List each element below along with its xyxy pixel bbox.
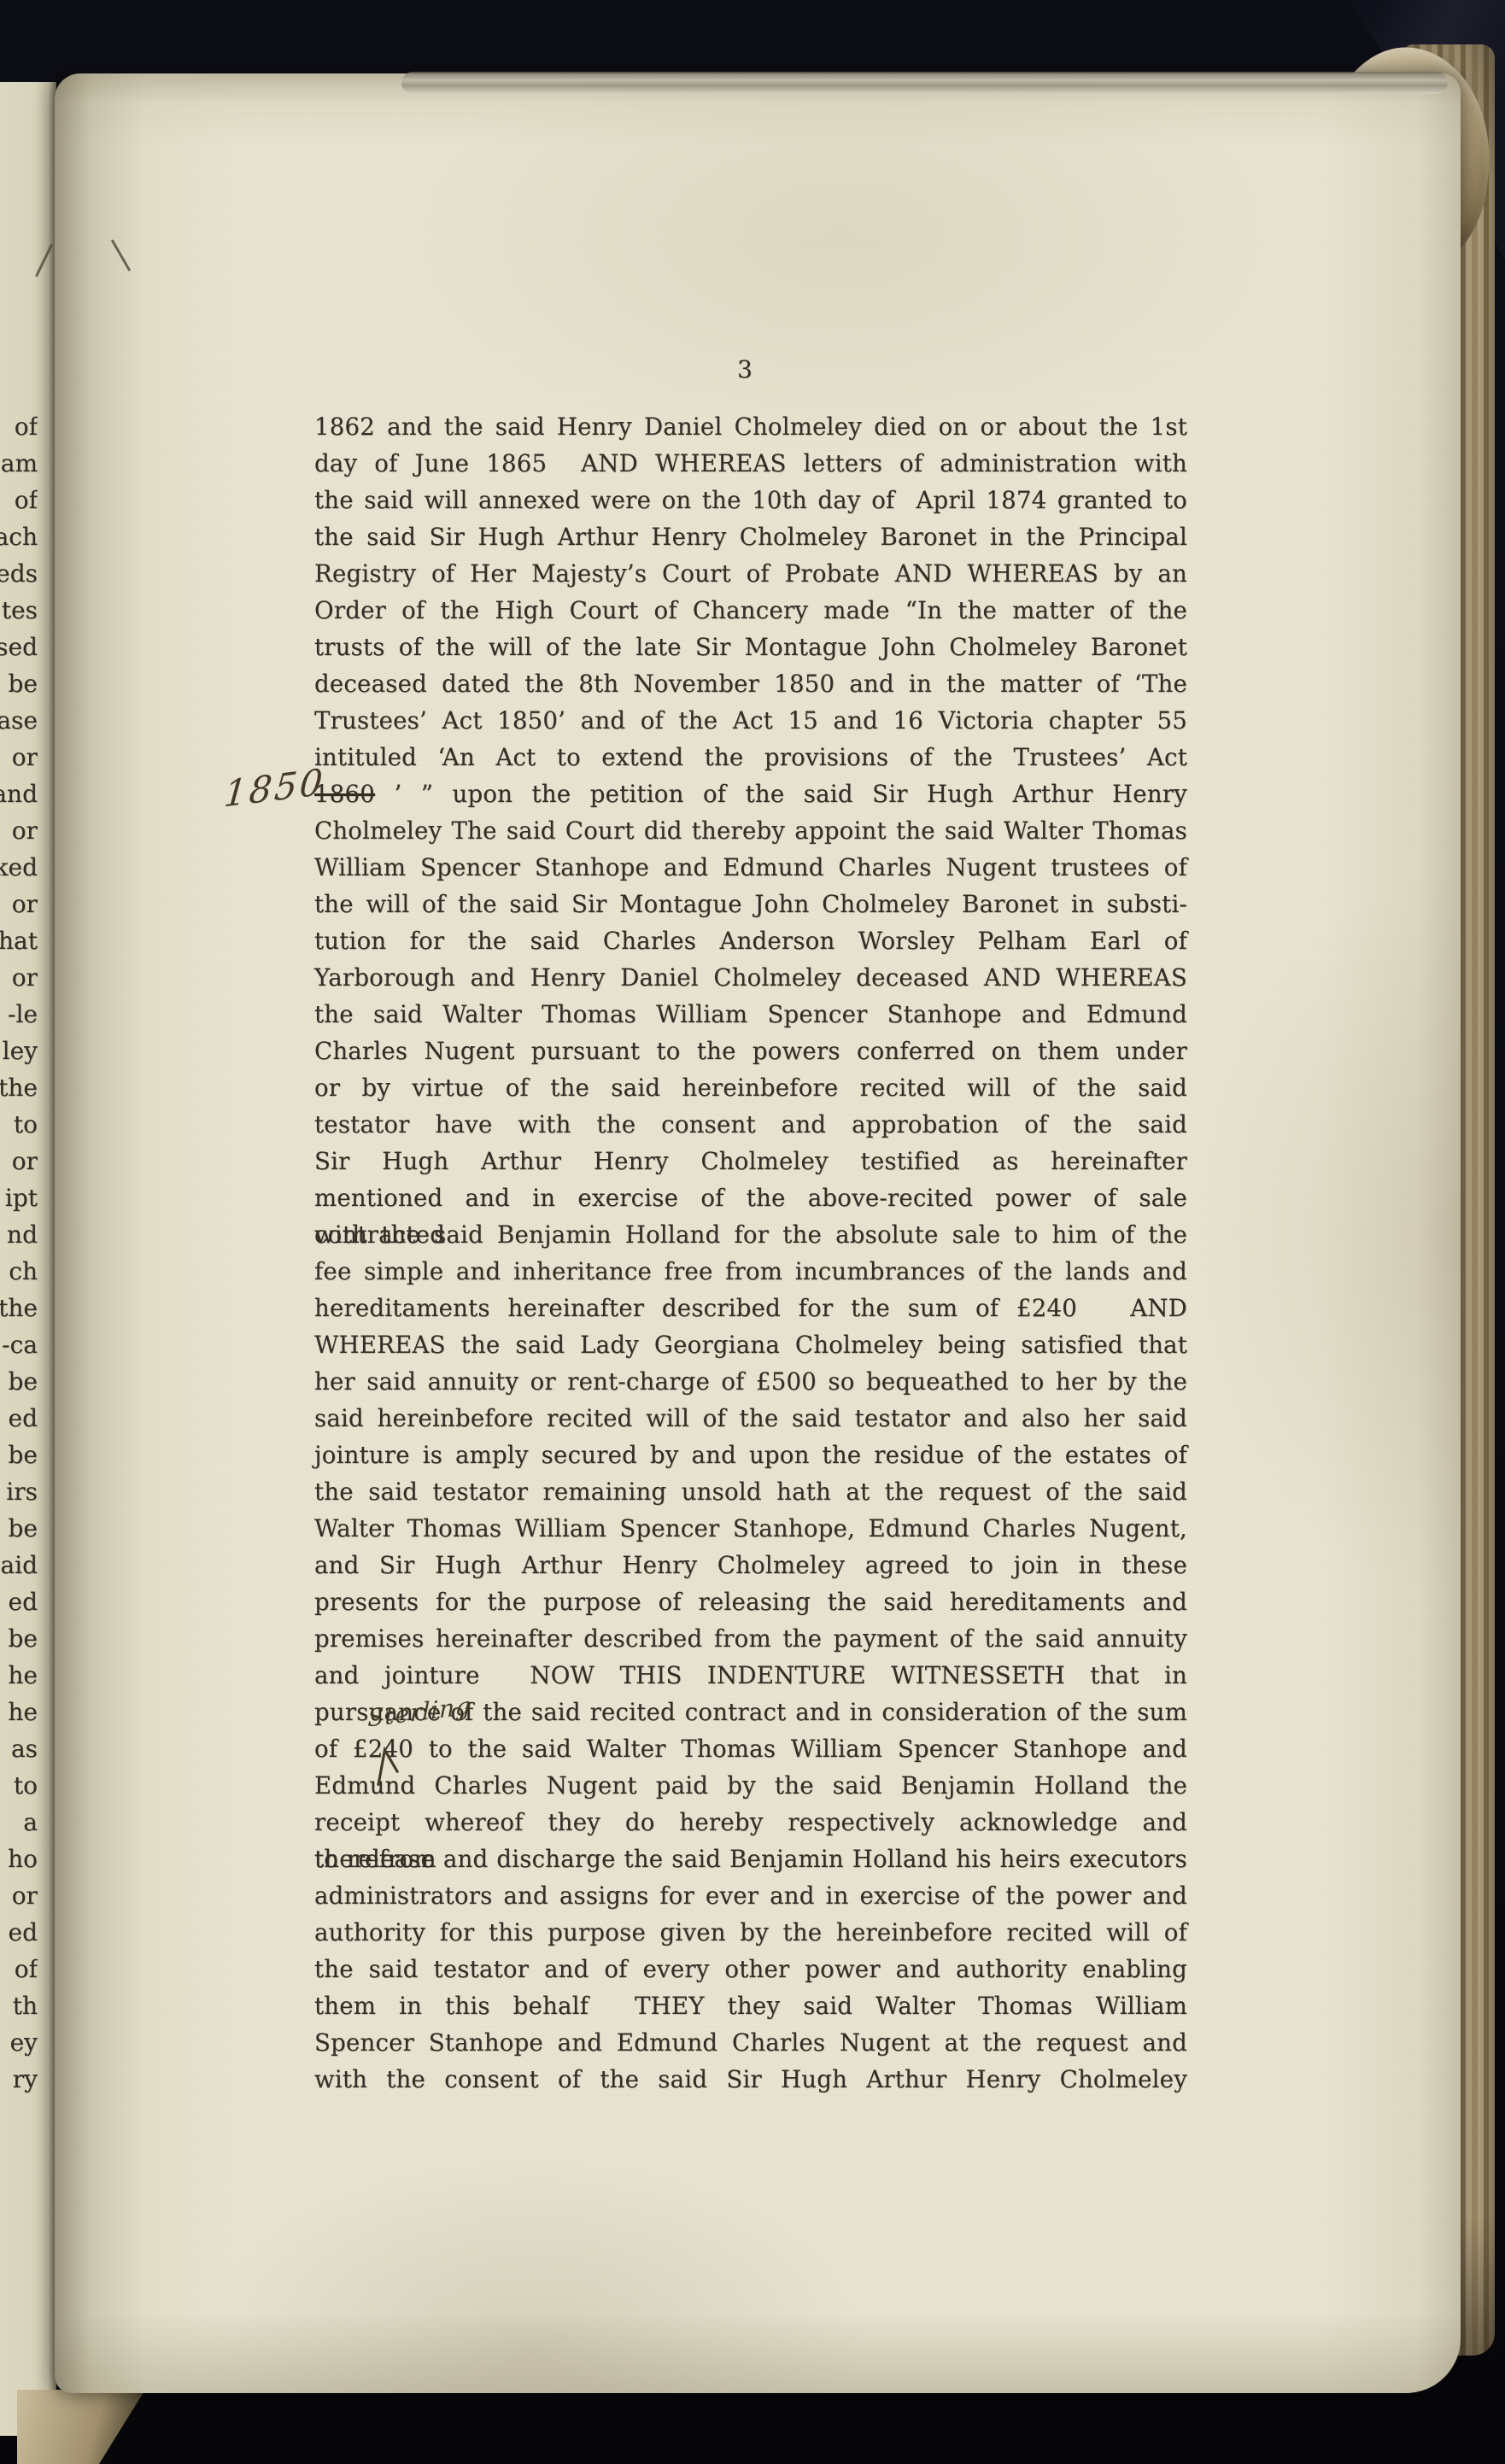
margin-fragment: of [0,1951,38,1987]
insertion-caret-mark [370,1744,402,1787]
margin-fragment: am [0,445,38,482]
text-segment: the said Sir Hugh Arthur Henry Cholmeley… [314,523,1187,551]
margin-fragment: be [0,665,38,702]
text-segment: the will of the said Sir Montague John C… [314,890,1187,918]
margin-fragment: be [0,1510,38,1547]
page-top-rolled-edge [401,72,1448,94]
text-segment: Yarborough and Henry Daniel Cholmeley de… [314,963,1187,992]
text-segment: Edmund Charles Nugent paid by the said B… [314,1771,1187,1800]
margin-fragment: or [0,1143,38,1179]
text-line: Spencer Stanhope and Edmund Charles Nuge… [314,2024,1187,2061]
text-segment: Spencer Stanhope and Edmund Charles Nuge… [314,2028,1187,2057]
text-line: with the consent of the said Sir Hugh Ar… [314,2061,1187,2098]
text-line: to release and discharge the said Benjam… [314,1841,1187,1877]
text-segment: them in this behalf THEY they said Walte… [314,1992,1187,2020]
text-line: Trustees’ Act 1850’ and of the Act 15 an… [314,702,1187,739]
text-segment: intituled ‘An Act to extend the provisio… [314,743,1187,771]
text-segment: to release and discharge the said Benjam… [314,1845,1187,1873]
text-segment: and jointure NOW THIS INDENTURE WITNESSE… [314,1661,1187,1689]
text-segment: the said testator and of every other pow… [314,1955,1187,1983]
text-segment: Sir Hugh Arthur Henry Cholmeley testifie… [314,1147,1187,1175]
text-segment: Registry of Her Majesty’s Court of Proba… [314,559,1187,588]
margin-fragment: or [0,886,38,922]
margin-fragment: he [0,1694,38,1730]
text-segment: of £240 to the said Walter Thomas Willia… [314,1735,1187,1763]
text-line: said hereinbefore recited will of the sa… [314,1400,1187,1437]
text-segment: the said will annexed were on the 10th d… [314,486,1187,514]
text-segment: Walter Thomas William Spencer Stanhope, … [314,1514,1187,1542]
text-line: Order of the High Court of Chancery made… [314,592,1187,629]
text-line: 1860 ’ ” upon the petition of the said S… [314,775,1187,812]
margin-fragment: ch [0,1253,38,1290]
text-line: Charles Nugent pursuant to the powers co… [314,1033,1187,1069]
text-line: the said Walter Thomas William Spencer S… [314,996,1187,1033]
margin-fragment: ed [0,1914,38,1951]
text-line: or by virtue of the said hereinbefore re… [314,1069,1187,1106]
text-line: administrators and assigns for ever and … [314,1877,1187,1914]
text-line: Yarborough and Henry Daniel Cholmeley de… [314,959,1187,996]
text-line: presents for the purpose of releasing th… [314,1583,1187,1620]
margin-fragment: sed [0,629,38,665]
text-segment: William Spencer Stanhope and Edmund Char… [314,853,1187,881]
text-segment: administrators and assigns for ever and … [314,1882,1187,1910]
text-line: fee simple and inheritance free from inc… [314,1253,1187,1290]
text-line: intituled ‘An Act to extend the provisio… [314,739,1187,775]
margin-fragment: or [0,1877,38,1914]
text-line: and Sir Hugh Arthur Henry Cholmeley agre… [314,1547,1187,1583]
text-line: premises hereinafter described from the … [314,1620,1187,1657]
text-line: mentioned and in exercise of the above-r… [314,1179,1187,1216]
text-line: of £240 to the said Walter Thomas Willia… [314,1730,1187,1767]
margin-fragment: ed [0,1583,38,1620]
margin-fragment: tes [0,592,38,629]
text-line: jointure is amply secured by and upon th… [314,1437,1187,1473]
margin-fragment: the [0,1069,38,1106]
text-line: day of June 1865 AND WHEREAS letters of … [314,445,1187,482]
margin-fragment: irs [0,1473,38,1510]
margin-fragment: or [0,959,38,996]
margin-fragment-column: ofamofachedstessedbeaseorandorkedorhator… [0,408,38,2098]
text-line: receipt whereof they do hereby respectiv… [314,1804,1187,1841]
text-segment: said hereinbefore recited will of the sa… [314,1404,1187,1432]
text-segment: hereditaments hereinafter described for … [314,1294,1187,1322]
text-line: authority for this purpose given by the … [314,1914,1187,1951]
margin-fragment: ach [0,518,38,555]
text-line: them in this behalf THEY they said Walte… [314,1987,1187,2024]
text-segment: the said testator remaining unsold hath … [314,1478,1187,1506]
margin-fragment: ley [0,1033,38,1069]
text-line: and jointure NOW THIS INDENTURE WITNESSE… [314,1657,1187,1694]
margin-fragment: ey [0,2024,38,2061]
text-segment: ’ ” upon the petition of the said Sir Hu… [394,780,1187,808]
margin-fragment: a [0,1804,38,1841]
text-segment: 1862 and the said Henry Daniel Cholmeley… [314,413,1187,441]
text-segment: with the said Benjamin Holland for the a… [314,1220,1187,1249]
text-segment: deceased dated the 8th November 1850 and… [314,670,1187,698]
book-photo: 3 ofamofachedstessedbeaseorandorkedorhat… [0,0,1505,2464]
margin-fragment: ca- [0,1326,38,1363]
margin-fragment: eds [0,555,38,592]
text-segment: fee simple and inheritance free from inc… [314,1257,1187,1285]
margin-fragment: be [0,1620,38,1657]
text-segment: or by virtue of the said hereinbefore re… [314,1074,1187,1102]
text-line: Edmund Charles Nugent paid by the said B… [314,1767,1187,1804]
deed-text-block: 1862 and the said Henry Daniel Cholmeley… [314,408,1187,2098]
text-line: William Spencer Stanhope and Edmund Char… [314,849,1187,886]
text-segment: Order of the High Court of Chancery made… [314,596,1187,624]
text-line: hereditaments hereinafter described for … [314,1290,1187,1326]
text-segment: Charles Nugent pursuant to the powers co… [314,1037,1187,1065]
text-line: with the said Benjamin Holland for the a… [314,1216,1187,1253]
margin-fragment: to [0,1106,38,1143]
margin-fragment: hat [0,922,38,959]
text-segment: the said Walter Thomas William Spencer S… [314,1000,1187,1028]
margin-fragment: he [0,1657,38,1694]
margin-fragment: th [0,1987,38,2024]
margin-fragment: the [0,1290,38,1326]
text-line: WHEREAS the said Lady Georgiana Cholmele… [314,1326,1187,1363]
text-line: her said annuity or rent-charge of £500 … [314,1363,1187,1400]
text-line: the said testator and of every other pow… [314,1951,1187,1987]
margin-fragment: to [0,1767,38,1804]
text-segment: presents for the purpose of releasing th… [314,1588,1187,1616]
text-line: Sir Hugh Arthur Henry Cholmeley testifie… [314,1143,1187,1179]
text-segment: authority for this purpose given by the … [314,1918,1187,1946]
margin-fragment: ase [0,702,38,739]
text-segment: day of June 1865 AND WHEREAS letters of … [314,449,1187,477]
text-segment: and Sir Hugh Arthur Henry Cholmeley agre… [314,1551,1187,1579]
text-line: the said Sir Hugh Arthur Henry Cholmeley… [314,518,1187,555]
text-line: the said testator remaining unsold hath … [314,1473,1187,1510]
text-line: Cholmeley The said Court did thereby app… [314,812,1187,849]
margin-fragment: aid [0,1547,38,1583]
margin-fragment: ked [0,849,38,886]
text-segment: WHEREAS the said Lady Georgiana Cholmele… [314,1331,1187,1359]
text-segment: premises hereinafter described from the … [314,1624,1187,1653]
margin-fragment: ry [0,2061,38,2098]
bottom-page-edges [17,2390,145,2464]
margin-fragment: as [0,1730,38,1767]
text-segment: Trustees’ Act 1850’ and of the Act 15 an… [314,706,1187,735]
text-line: deceased dated the 8th November 1850 and… [314,665,1187,702]
text-segment: with the consent of the said Sir Hugh Ar… [314,2065,1187,2093]
text-line: trusts of the will of the late Sir Monta… [314,629,1187,665]
text-segment: trusts of the will of the late Sir Monta… [314,633,1187,661]
margin-fragment: of [0,482,38,518]
text-line: the said will annexed were on the 10th d… [314,482,1187,518]
margin-fragment: and [0,775,38,812]
text-segment: her said annuity or rent-charge of £500 … [314,1367,1187,1396]
text-line: testator have with the consent and appro… [314,1106,1187,1143]
margin-fragment: nd [0,1216,38,1253]
text-segment: Cholmeley The said Court did thereby app… [314,816,1187,845]
text-line: 1862 and the said Henry Daniel Cholmeley… [314,408,1187,445]
margin-fragment: or [0,739,38,775]
page-number: 3 [694,355,796,383]
margin-fragment: ho [0,1841,38,1877]
margin-fragment: or [0,812,38,849]
text-segment: jointure is amply secured by and upon th… [314,1441,1187,1469]
margin-fragment: be [0,1363,38,1400]
margin-fragment: le- [0,996,38,1033]
margin-fragment: be [0,1437,38,1473]
margin-fragment: of [0,408,38,445]
margin-fragment: ipt [0,1179,38,1216]
text-segment: testator have with the consent and appro… [314,1110,1187,1138]
text-line: tution for the said Charles Anderson Wor… [314,922,1187,959]
text-line: Registry of Her Majesty’s Court of Proba… [314,555,1187,592]
text-line: the will of the said Sir Montague John C… [314,886,1187,922]
margin-fragment: ed [0,1400,38,1437]
text-line: Walter Thomas William Spencer Stanhope, … [314,1510,1187,1547]
text-segment: tution for the said Charles Anderson Wor… [314,927,1187,955]
